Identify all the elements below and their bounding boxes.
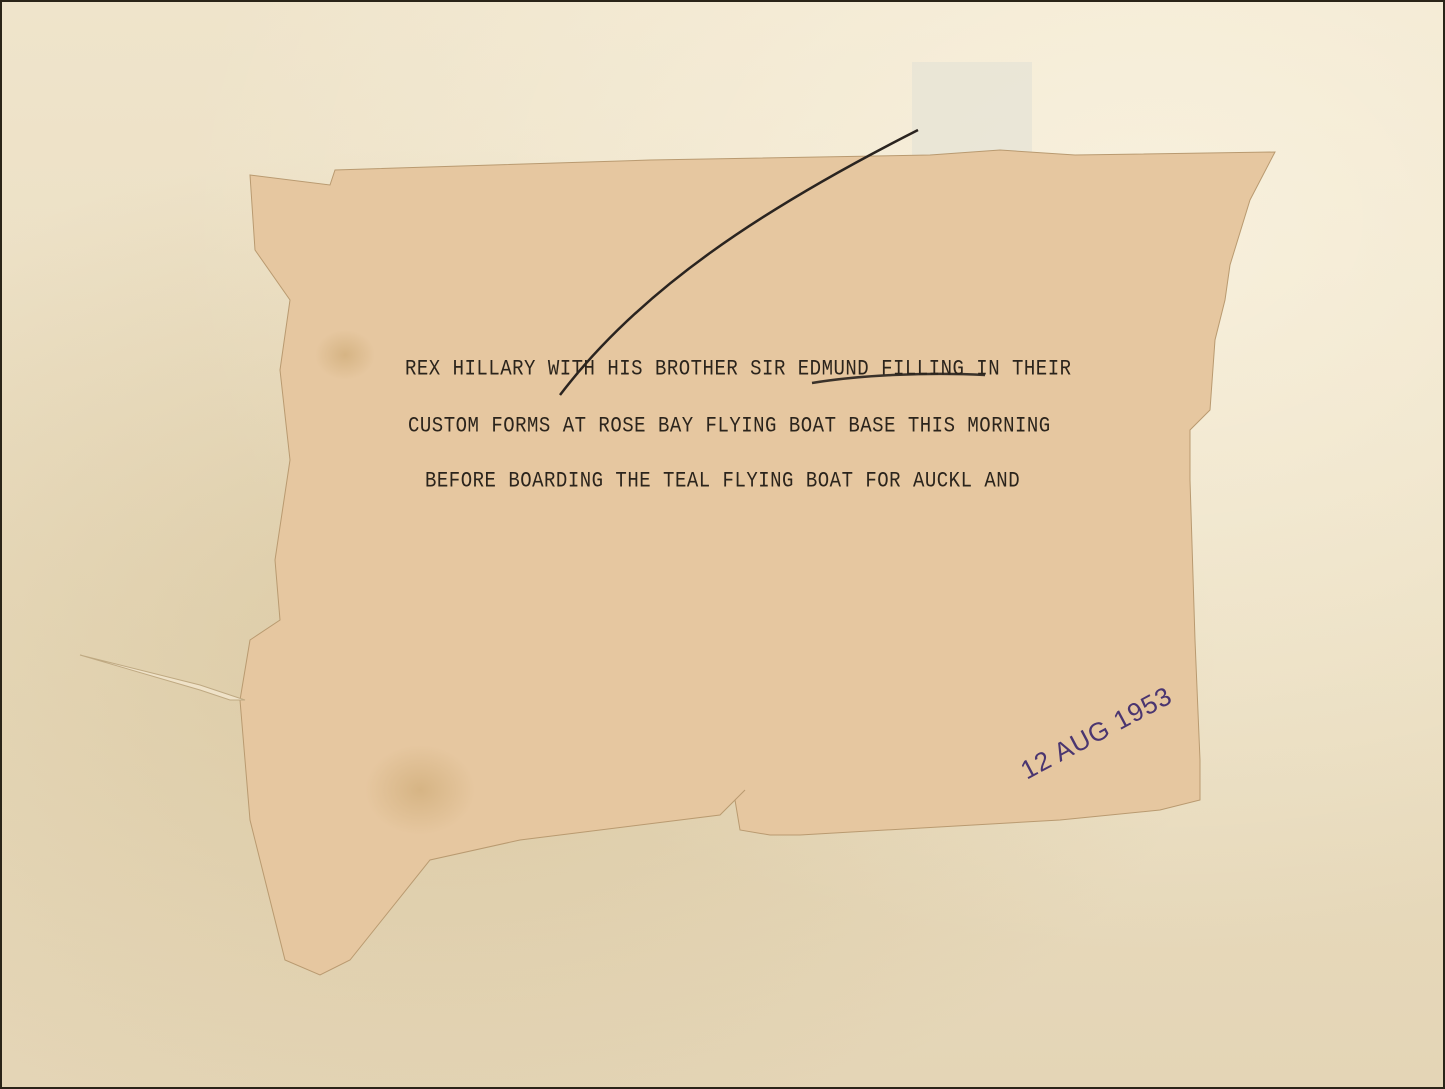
caption-line-3: BEFORE BOARDING THE TEAL FLYING BOAT FOR… <box>425 468 1020 493</box>
caption-line-1: REX HILLARY WITH HIS BROTHER SIR EDMUND … <box>405 356 1072 381</box>
caption-line-2: CUSTOM FORMS AT ROSE BAY FLYING BOAT BAS… <box>408 413 1051 438</box>
typed-caption: REX HILLARY WITH HIS BROTHER SIR EDMUND … <box>0 0 1445 1089</box>
